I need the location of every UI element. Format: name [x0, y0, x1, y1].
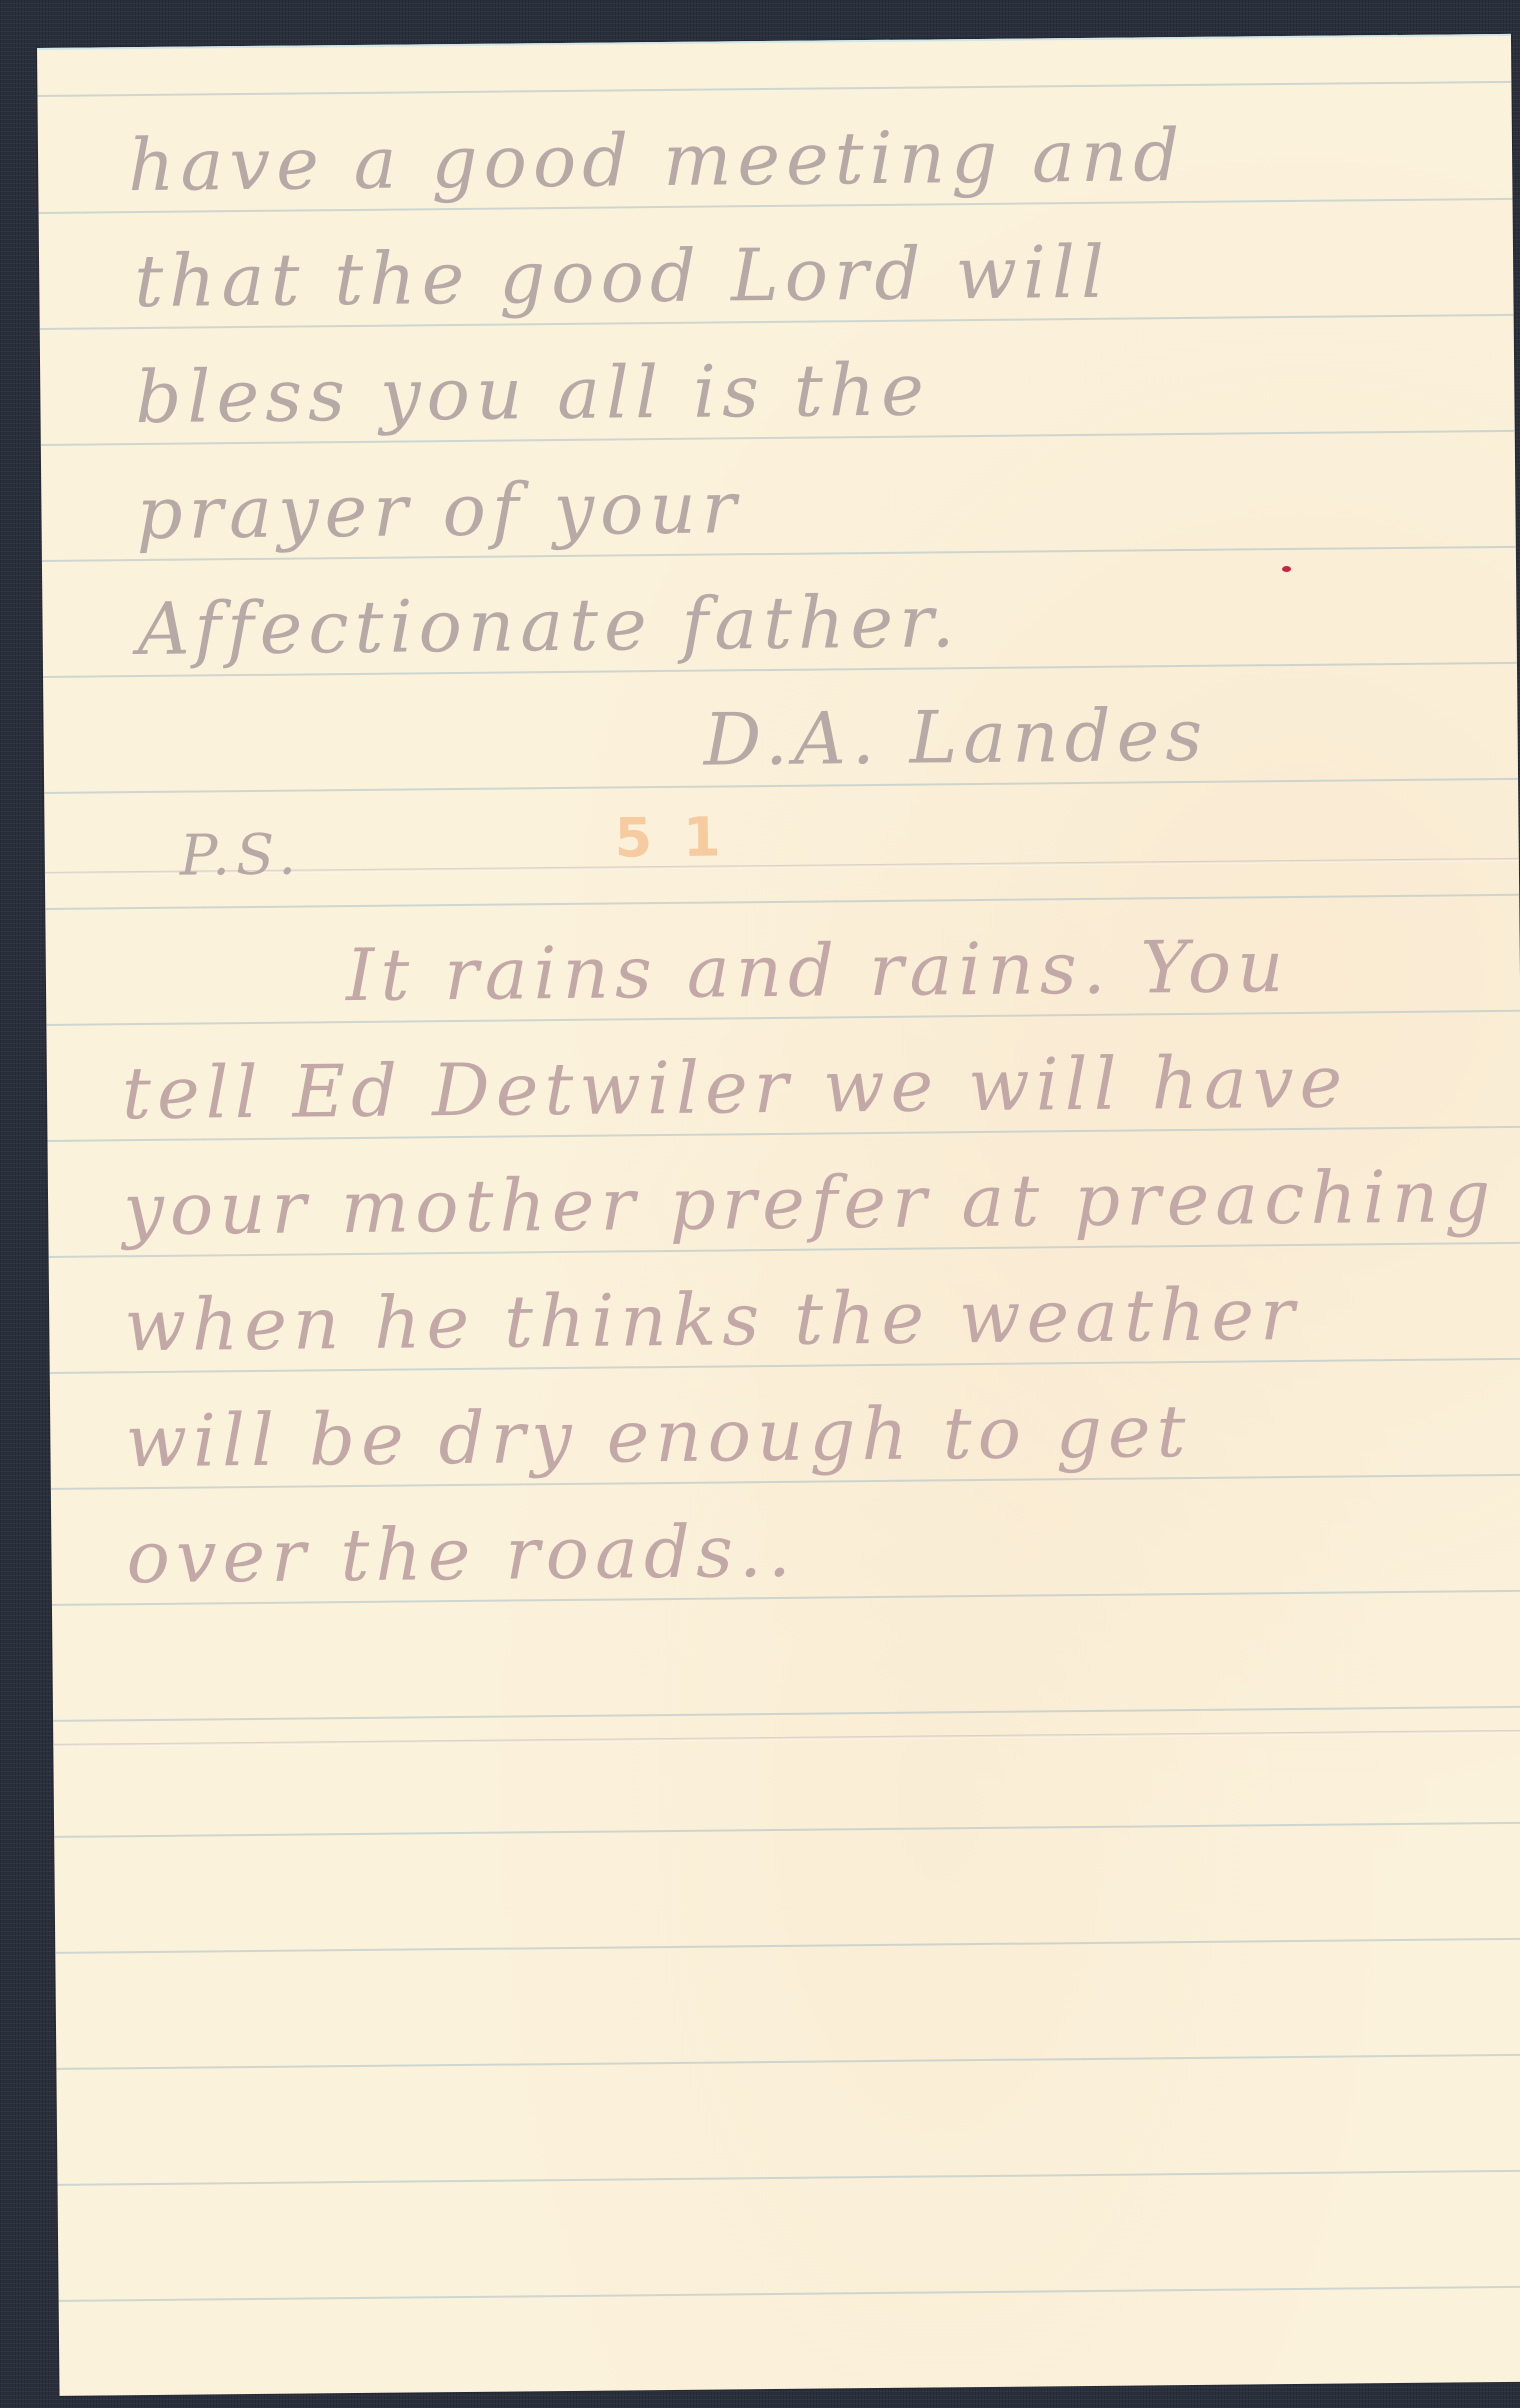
fold-crease — [53, 1730, 1520, 1747]
letter-paper: have a good meeting and that the good Lo… — [37, 34, 1520, 2396]
postscript-line: over the roads.. — [126, 1515, 797, 1593]
letter-line: that the good Lord will — [134, 236, 1111, 317]
letter-line: have a good meeting and — [128, 119, 1186, 201]
rule-line — [55, 1938, 1520, 1954]
rule-line — [37, 81, 1511, 97]
signature: D.A. Landes — [703, 699, 1208, 776]
postscript-line: tell Ed Detwiler we will have — [122, 1045, 1349, 1129]
letter-line: prayer of your — [136, 471, 742, 549]
postscript-line: when he thinks the weather — [124, 1278, 1301, 1361]
orange-stain: 5 1 — [614, 805, 727, 869]
postscript-line: your mother prefer at preaching — [123, 1160, 1497, 1245]
closing: Affectionate father. — [137, 585, 961, 665]
red-ink-mark — [1282, 566, 1291, 572]
rule-line — [56, 2054, 1520, 2070]
postscript-label: P.S. — [180, 827, 303, 884]
postscript-line: will be dry enough to get — [125, 1395, 1192, 1477]
rule-line — [59, 2286, 1520, 2302]
rule-line — [54, 1822, 1520, 1838]
rule-line — [58, 2170, 1520, 2186]
rule-line — [45, 894, 1519, 910]
letter-line: bless you all is the — [135, 353, 930, 433]
postscript-line: It rains and rains. You — [346, 930, 1290, 1011]
rule-line — [53, 1706, 1520, 1722]
